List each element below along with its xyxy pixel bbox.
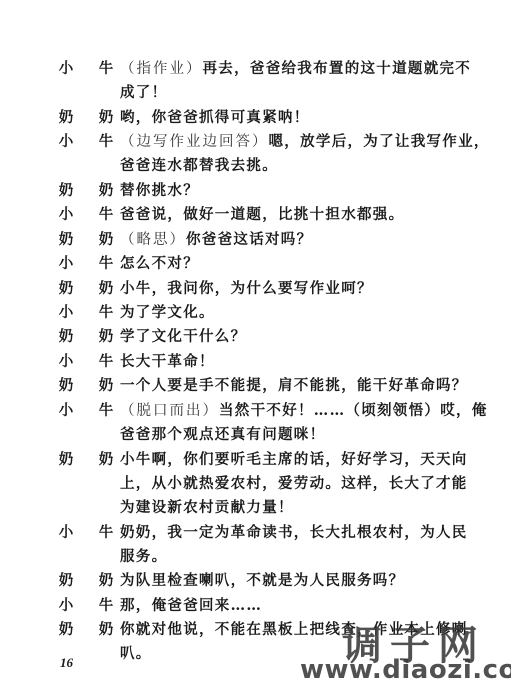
spoken-text: 为了学文化。	[120, 304, 215, 321]
speaker-char: 奶	[58, 449, 74, 471]
spoken-text: 叭。	[120, 645, 152, 662]
speaker-name: 小牛	[58, 302, 114, 324]
dialogue-text: （指作业）再去，爸爸给我布置的这十道题就完不	[120, 58, 471, 80]
spoken-text: 奶奶，我一定为革命读书，长大扎根农村，为人民	[120, 524, 468, 541]
dialogue-text: 爸爸说，做好一道题，比挑十担水都强。	[120, 204, 404, 226]
spoken-text: 小牛，我问你，为什么要写作业呵？	[120, 280, 373, 297]
stage-direction: （边写作业边回答）	[120, 134, 269, 150]
speaker-char: 小	[58, 595, 74, 617]
spoken-text: 学了文化干什么？	[120, 328, 246, 345]
dialogue-text: 爸爸那个观点还真有问题咪！	[120, 424, 325, 446]
dialogue-text: 上，从小就热爱农村，爱劳动。这样，长大了才能	[120, 473, 468, 495]
page-number: 16	[60, 655, 73, 671]
spoken-text: 爸爸连水都替我去挑。	[120, 157, 278, 174]
spoken-text: 上，从小就热爱农村，爱劳动。这样，长大了才能	[120, 475, 468, 492]
speaker-name: 小牛	[58, 58, 114, 80]
speaker-char: 奶	[98, 375, 114, 397]
stage-direction: （指作业）	[120, 61, 203, 77]
speaker-char: 小	[58, 58, 74, 80]
speaker-name: 小牛	[58, 400, 114, 422]
speaker-char: 小	[58, 302, 74, 324]
dialogue-text: （脱口而出）当然干不好！……（顷刻领悟）哎，俺	[120, 400, 488, 422]
document-page: 小牛（指作业）再去，爸爸给我布置的这十道题就完不成了！奶奶哟，你爸爸抓得可真紧呐…	[0, 0, 511, 690]
speaker-char: 小	[58, 400, 74, 422]
speaker-char: 奶	[98, 619, 114, 641]
speaker-char: 奶	[98, 107, 114, 129]
speaker-char: 奶	[58, 229, 74, 251]
dialogue-text: 学了文化干什么？	[120, 326, 246, 348]
speaker-name: 小牛	[58, 131, 114, 153]
spoken-text: 一个人要是手不能提，肩不能挑，能干好革命吗？	[120, 377, 468, 394]
stage-direction: （略思）	[120, 232, 186, 248]
speaker-char: 奶	[58, 375, 74, 397]
dialogue-text: 一个人要是手不能提，肩不能挑，能干好革命吗？	[120, 375, 468, 397]
spoken-text: 哟，你爸爸抓得可真紧呐！	[120, 109, 310, 126]
speaker-name: 奶奶	[58, 619, 114, 641]
spoken-text: 嗯，放学后，为了让我写作业，	[269, 133, 490, 150]
spoken-text: 替你挑水？	[120, 182, 199, 199]
speaker-char: 奶	[58, 326, 74, 348]
speaker-char: 牛	[98, 522, 114, 544]
dialogue-text: 爸爸连水都替我去挑。	[120, 155, 278, 177]
speaker-char: 小	[58, 522, 74, 544]
speaker-name: 奶奶	[58, 107, 114, 129]
dialogue-text: 那，俺爸爸回来……	[120, 595, 262, 617]
speaker-char: 小	[58, 204, 74, 226]
speaker-char: 小	[58, 351, 74, 373]
spoken-text: 爸爸说，做好一道题，比挑十担水都强。	[120, 206, 404, 223]
watermark-url: www.diaozi.com	[300, 655, 511, 685]
dialogue-text: 服务。	[120, 546, 167, 568]
speaker-char: 奶	[58, 570, 74, 592]
speaker-char: 牛	[98, 131, 114, 153]
speaker-name: 奶奶	[58, 180, 114, 202]
spoken-text: 为队里检查喇叭，不就是为人民服务吗？	[120, 572, 404, 589]
speaker-char: 奶	[58, 278, 74, 300]
spoken-text: 当然干不好！……（顷刻领悟）哎，俺	[219, 402, 488, 419]
dialogue-text: 长大干革命！	[120, 351, 215, 373]
speaker-name: 奶奶	[58, 449, 114, 471]
speaker-char: 小	[58, 131, 74, 153]
dialogue-text: 小牛啊，你们要听毛主席的话，好好学习，天天向	[120, 449, 468, 471]
spoken-text: 怎么不对？	[120, 255, 199, 272]
speaker-name: 奶奶	[58, 570, 114, 592]
speaker-char: 牛	[98, 595, 114, 617]
stage-direction: （脱口而出）	[120, 403, 219, 419]
speaker-name: 小牛	[58, 253, 114, 275]
speaker-char: 牛	[98, 400, 114, 422]
spoken-text: 爸爸那个观点还真有问题咪！	[120, 426, 325, 443]
speaker-char: 奶	[98, 570, 114, 592]
spoken-text: 再去，爸爸给我布置的这十道题就完不	[203, 60, 472, 77]
dialogue-text: 叭。	[120, 643, 152, 665]
speaker-name: 奶奶	[58, 278, 114, 300]
speaker-name: 小牛	[58, 351, 114, 373]
speaker-char: 奶	[98, 229, 114, 251]
speaker-name: 小牛	[58, 204, 114, 226]
speaker-char: 奶	[58, 619, 74, 641]
dialogue-text: （边写作业边回答）嗯，放学后，为了让我写作业，	[120, 131, 490, 153]
dialogue-text: 为了学文化。	[120, 302, 215, 324]
spoken-text: 你爸爸这话对吗？	[186, 231, 312, 248]
speaker-char: 奶	[98, 449, 114, 471]
spoken-text: 服务。	[120, 548, 167, 565]
speaker-char: 牛	[98, 204, 114, 226]
dialogue-text: 为队里检查喇叭，不就是为人民服务吗？	[120, 570, 404, 592]
speaker-char: 牛	[98, 253, 114, 275]
dialogue-text: （略思）你爸爸这话对吗？	[120, 229, 312, 251]
speaker-char: 牛	[98, 302, 114, 324]
speaker-char: 奶	[98, 278, 114, 300]
spoken-text: 长大干革命！	[120, 353, 215, 370]
spoken-text: 小牛啊，你们要听毛主席的话，好好学习，天天向	[120, 451, 468, 468]
spoken-text: 那，俺爸爸回来……	[120, 597, 262, 614]
dialogue-text: 替你挑水？	[120, 180, 199, 202]
spoken-text: 为建设新农村贡献力量！	[120, 499, 294, 516]
dialogue-text: 小牛，我问你，为什么要写作业呵？	[120, 278, 373, 300]
dialogue-text: 成了！	[120, 82, 167, 104]
dialogue-text: 怎么不对？	[120, 253, 199, 275]
dialogue-text: 为建设新农村贡献力量！	[120, 497, 294, 519]
speaker-char: 奶	[58, 107, 74, 129]
dialogue-text: 哟，你爸爸抓得可真紧呐！	[120, 107, 310, 129]
speaker-name: 小牛	[58, 595, 114, 617]
spoken-text: 成了！	[120, 84, 167, 101]
speaker-name: 奶奶	[58, 326, 114, 348]
speaker-char: 牛	[98, 58, 114, 80]
speaker-char: 小	[58, 253, 74, 275]
speaker-char: 牛	[98, 351, 114, 373]
dialogue-text: 奶奶，我一定为革命读书，长大扎根农村，为人民	[120, 522, 468, 544]
speaker-name: 奶奶	[58, 375, 114, 397]
speaker-name: 奶奶	[58, 229, 114, 251]
speaker-char: 奶	[98, 326, 114, 348]
speaker-name: 小牛	[58, 522, 114, 544]
speaker-char: 奶	[98, 180, 114, 202]
speaker-char: 奶	[58, 180, 74, 202]
